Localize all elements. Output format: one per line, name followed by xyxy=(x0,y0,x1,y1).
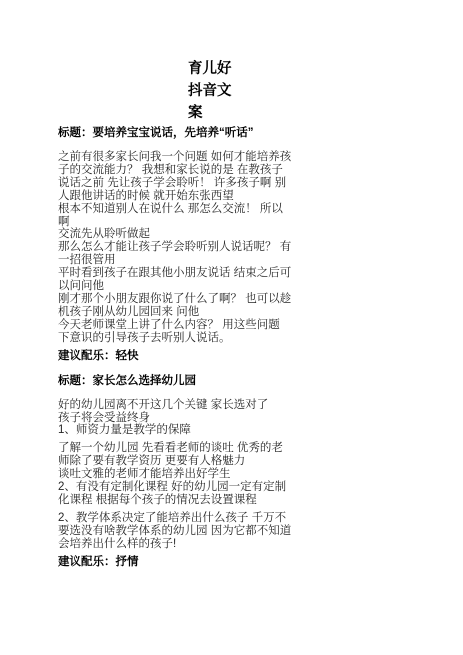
section-heading: 标题：家长怎么选择幼儿园 xyxy=(58,375,308,388)
text-line: 了解一个幼儿园 先看看老师的谈吐 优秀的老 xyxy=(58,442,308,455)
paragraph: 2、教学体系决定了能培养出什么孩子 千万不要选没有啥教学体系的幼儿园 因为它都不… xyxy=(58,512,308,551)
text-line: 师除了要有教学资历 更要有人格魅力 xyxy=(58,455,308,468)
text-line: 好的幼儿园离不开这几个关键 家长选对了 xyxy=(58,399,308,412)
document-section: 标题：家长怎么选择幼儿园好的幼儿园离不开这几个关键 家长选对了孩子将会受益终身1… xyxy=(58,375,308,569)
text-line: 刚才那个小朋友跟你说了什么了啊？ 也可以趁 xyxy=(58,293,308,306)
text-line: 机孩子刚从幼儿园回来 问他 xyxy=(58,306,308,319)
document-section: 标题：要培养宝宝说话，先培养“听话”之前有很多家长问我一个问题 如何才能培养孩子… xyxy=(58,127,308,363)
text-line: 说话之前 先让孩子学会聆听！ 许多孩子啊 别 xyxy=(58,177,308,190)
text-line: 会培养出什么样的孩子! xyxy=(58,538,308,551)
text-line: 孩子将会受益终身 xyxy=(58,412,308,425)
music-suggestion-heading: 建议配乐：抒情 xyxy=(58,556,308,569)
text-line: 人跟他讲话的时候 就开始东张西望 xyxy=(58,190,308,203)
text-line: 交流先从聆听做起 xyxy=(58,228,308,241)
text-line: 要选没有啥教学体系的幼儿园 因为它都不知道 xyxy=(58,525,308,538)
text-line: 子的交流能力？ 我想和家长说的是 在教孩子 xyxy=(58,164,308,177)
text-line: 根本不知道别人在说什么 那怎么交流！ 所以 xyxy=(58,203,308,216)
paragraph: 了解一个幼儿园 先看看老师的谈吐 优秀的老师除了要有教学资历 更要有人格魅力谈吐… xyxy=(58,442,308,507)
text-line: 那么怎么才能让孩子学会聆听别人说话呢？ 有 xyxy=(58,241,308,254)
text-line: 今天老师课堂上讲了什么内容？ 用这些问题 xyxy=(58,319,308,332)
text-line: 化课程 根据每个孩子的情况去设置课程 xyxy=(58,494,308,507)
text-line: 1、师资力量是教学的保障 xyxy=(58,424,308,437)
paragraph: 好的幼儿园离不开这几个关键 家长选对了孩子将会受益终身1、师资力量是教学的保障 xyxy=(58,399,308,438)
text-line: 谈吐文雅的老师才能培养出好学生 xyxy=(58,468,308,481)
music-suggestion-heading: 建议配乐：轻快 xyxy=(58,350,308,363)
text-line: 啊 xyxy=(58,216,308,229)
text-line: 平时看到孩子在跟其他小朋友说话 结束之后可 xyxy=(58,267,308,280)
text-line: 一招很管用 xyxy=(58,254,308,267)
document-title: 育儿好抖音文案 xyxy=(188,58,234,124)
text-line: 下意识的引导孩子去听别人说话。 xyxy=(58,332,308,345)
text-line: 之前有很多家长问我一个问题 如何才能培养孩 xyxy=(58,151,308,164)
document-page: 育儿好抖音文案 标题：要培养宝宝说话，先培养“听话”之前有很多家长问我一个问题 … xyxy=(0,0,463,655)
paragraph: 之前有很多家长问我一个问题 如何才能培养孩子的交流能力？ 我想和家长说的是 在教… xyxy=(58,151,308,345)
text-line: 2、有没有定制化课程 好的幼儿园一定有定制 xyxy=(58,481,308,494)
document-content: 标题：要培养宝宝说话，先培养“听话”之前有很多家长问我一个问题 如何才能培养孩子… xyxy=(58,127,308,581)
text-line: 2、教学体系决定了能培养出什么孩子 千万不 xyxy=(58,512,308,525)
text-line: 以问问他 xyxy=(58,280,308,293)
section-heading: 标题：要培养宝宝说话，先培养“听话” xyxy=(58,127,308,140)
